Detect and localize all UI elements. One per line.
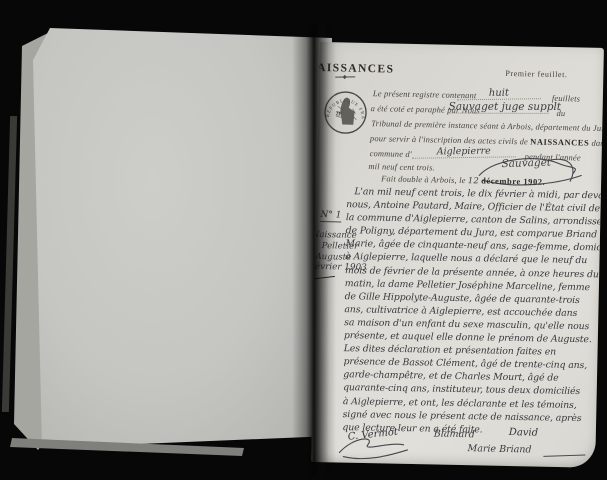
form-line7: Fait double à Arbois, le 12 décembre 190… bbox=[381, 173, 545, 186]
form-line1-fill-handwritten: huit bbox=[457, 87, 541, 100]
form-line4-bold-naissances: NAISSANCES bbox=[530, 137, 589, 147]
birth-act-text: L'an mil neuf cent trois, le dix février… bbox=[342, 185, 598, 438]
judge-signature-name: Sauvaget bbox=[501, 157, 551, 171]
registry-book-scan: NAISSANCES Premier feuillet. RÉPUBLIQUE … bbox=[0, 0, 607, 480]
signature-midwife: Marie Briand bbox=[467, 443, 531, 455]
signature-witness-2: David bbox=[509, 427, 538, 439]
right-register-page: NAISSANCES Premier feuillet. RÉPUBLIQUE … bbox=[311, 42, 604, 468]
binding-gutter-shadow bbox=[292, 24, 336, 476]
signature-trailing-flourish bbox=[543, 455, 585, 457]
sheet-number-label: Premier feuillet. bbox=[505, 69, 567, 79]
book-cover-edge bbox=[2, 116, 17, 412]
left-blank-page bbox=[0, 0, 340, 470]
form-line4-post: dans la bbox=[591, 139, 603, 149]
form-line3: Tribunal de première instance séant à Ar… bbox=[371, 119, 604, 133]
seal-denomination: 2F bbox=[335, 111, 342, 117]
form-line7-post: décembre 1902. bbox=[481, 176, 545, 186]
form-line7-day-handwritten: 12 bbox=[468, 175, 479, 185]
form-line2-fill-handwritten: Sauvaget juge supplt bbox=[449, 101, 549, 114]
form-line5-pre: commune d' bbox=[370, 149, 412, 159]
form-line6-year: mil neuf cent trois. bbox=[368, 162, 435, 172]
title-ornament-rule bbox=[335, 76, 355, 80]
form-line2-post: du bbox=[556, 109, 565, 118]
form-line7-pre: Fait double à Arbois, le bbox=[381, 174, 466, 185]
signature-witness-1: Blamard bbox=[434, 428, 475, 440]
